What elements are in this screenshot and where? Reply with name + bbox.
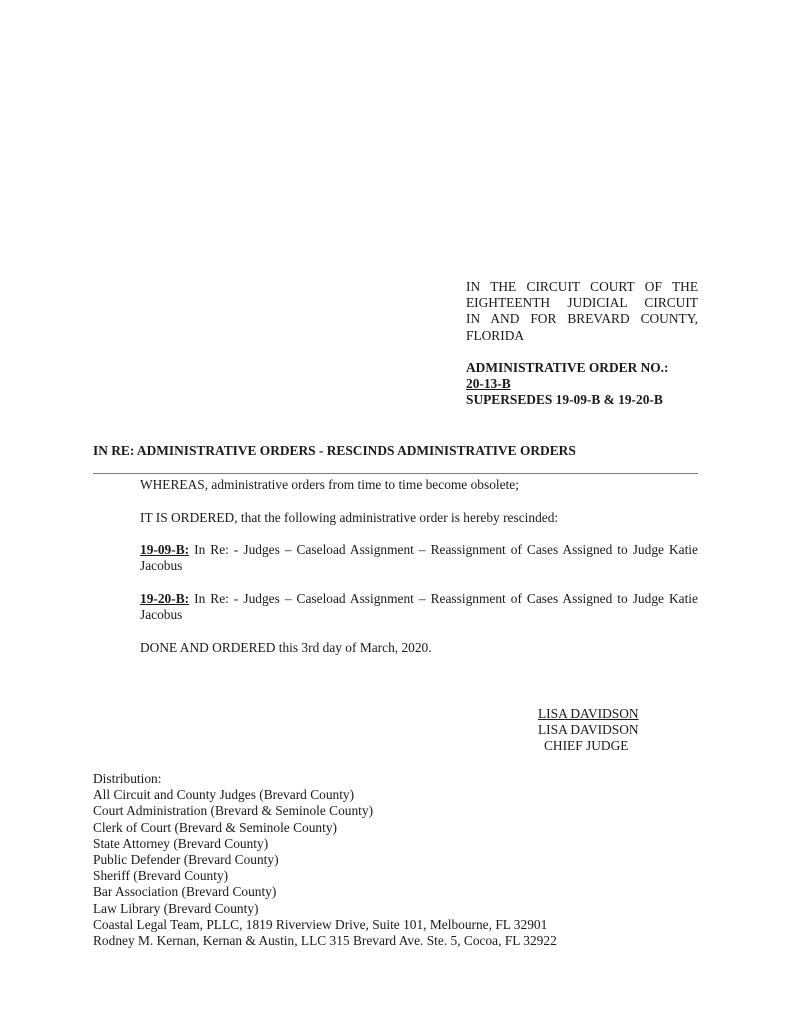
signer-title: CHIEF JUDGE <box>538 738 639 754</box>
rescinded-order-item: 19-20-B: In Re: - Judges – Caseload Assi… <box>140 591 698 623</box>
signed-name: LISA DAVIDSON <box>538 706 639 722</box>
court-line: FLORIDA <box>466 328 698 344</box>
court-line: EIGHTEENTH JUDICIAL CIRCUIT <box>466 295 698 311</box>
rescinded-order-description: In Re: - Judges – Caseload Assignment – … <box>140 542 698 573</box>
heading-divider <box>93 473 698 474</box>
rescinded-order-code: 19-09-B: <box>140 542 189 557</box>
order-label: ADMINISTRATIVE ORDER NO.: <box>466 360 698 376</box>
distribution-recipient: Coastal Legal Team, PLLC, 1819 Riverview… <box>93 917 557 933</box>
done-and-ordered: DONE AND ORDERED this 3rd day of March, … <box>140 640 432 656</box>
supersedes-line: SUPERSEDES 19-09-B & 19-20-B <box>466 392 698 408</box>
court-caption: IN THE CIRCUIT COURT OF THE EIGHTEENTH J… <box>466 279 698 408</box>
rescinded-order-description: In Re: - Judges – Caseload Assignment – … <box>140 591 698 622</box>
distribution-recipient: Law Library (Brevard County) <box>93 901 557 917</box>
signature-block: LISA DAVIDSON LISA DAVIDSON CHIEF JUDGE <box>538 706 639 755</box>
distribution-label: Distribution: <box>93 771 557 787</box>
order-number: 20-13-B <box>466 376 698 392</box>
distribution-recipient: Sheriff (Brevard County) <box>93 868 557 884</box>
ordered-paragraph: IT IS ORDERED, that the following admini… <box>140 510 558 526</box>
caption-spacer <box>466 344 698 360</box>
distribution-recipient: Court Administration (Brevard & Seminole… <box>93 803 557 819</box>
court-line: IN AND FOR BREVARD COUNTY, <box>466 311 698 327</box>
rescinded-order-code: 19-20-B: <box>140 591 189 606</box>
distribution-recipient: Rodney M. Kernan, Kernan & Austin, LLC 3… <box>93 933 557 949</box>
court-line: IN THE CIRCUIT COURT OF THE <box>466 279 698 295</box>
distribution-recipient: Bar Association (Brevard County) <box>93 884 557 900</box>
rescinded-order-item: 19-09-B: In Re: - Judges – Caseload Assi… <box>140 542 698 574</box>
in-re-heading: IN RE: ADMINISTRATIVE ORDERS - RESCINDS … <box>93 443 576 459</box>
distribution-list: Distribution: All Circuit and County Jud… <box>93 771 557 949</box>
distribution-recipient: State Attorney (Brevard County) <box>93 836 557 852</box>
distribution-recipient: Clerk of Court (Brevard & Seminole Count… <box>93 820 557 836</box>
distribution-recipient: All Circuit and County Judges (Brevard C… <box>93 787 557 803</box>
whereas-paragraph: WHEREAS, administrative orders from time… <box>140 477 519 493</box>
distribution-recipient: Public Defender (Brevard County) <box>93 852 557 868</box>
printed-name: LISA DAVIDSON <box>538 722 639 738</box>
